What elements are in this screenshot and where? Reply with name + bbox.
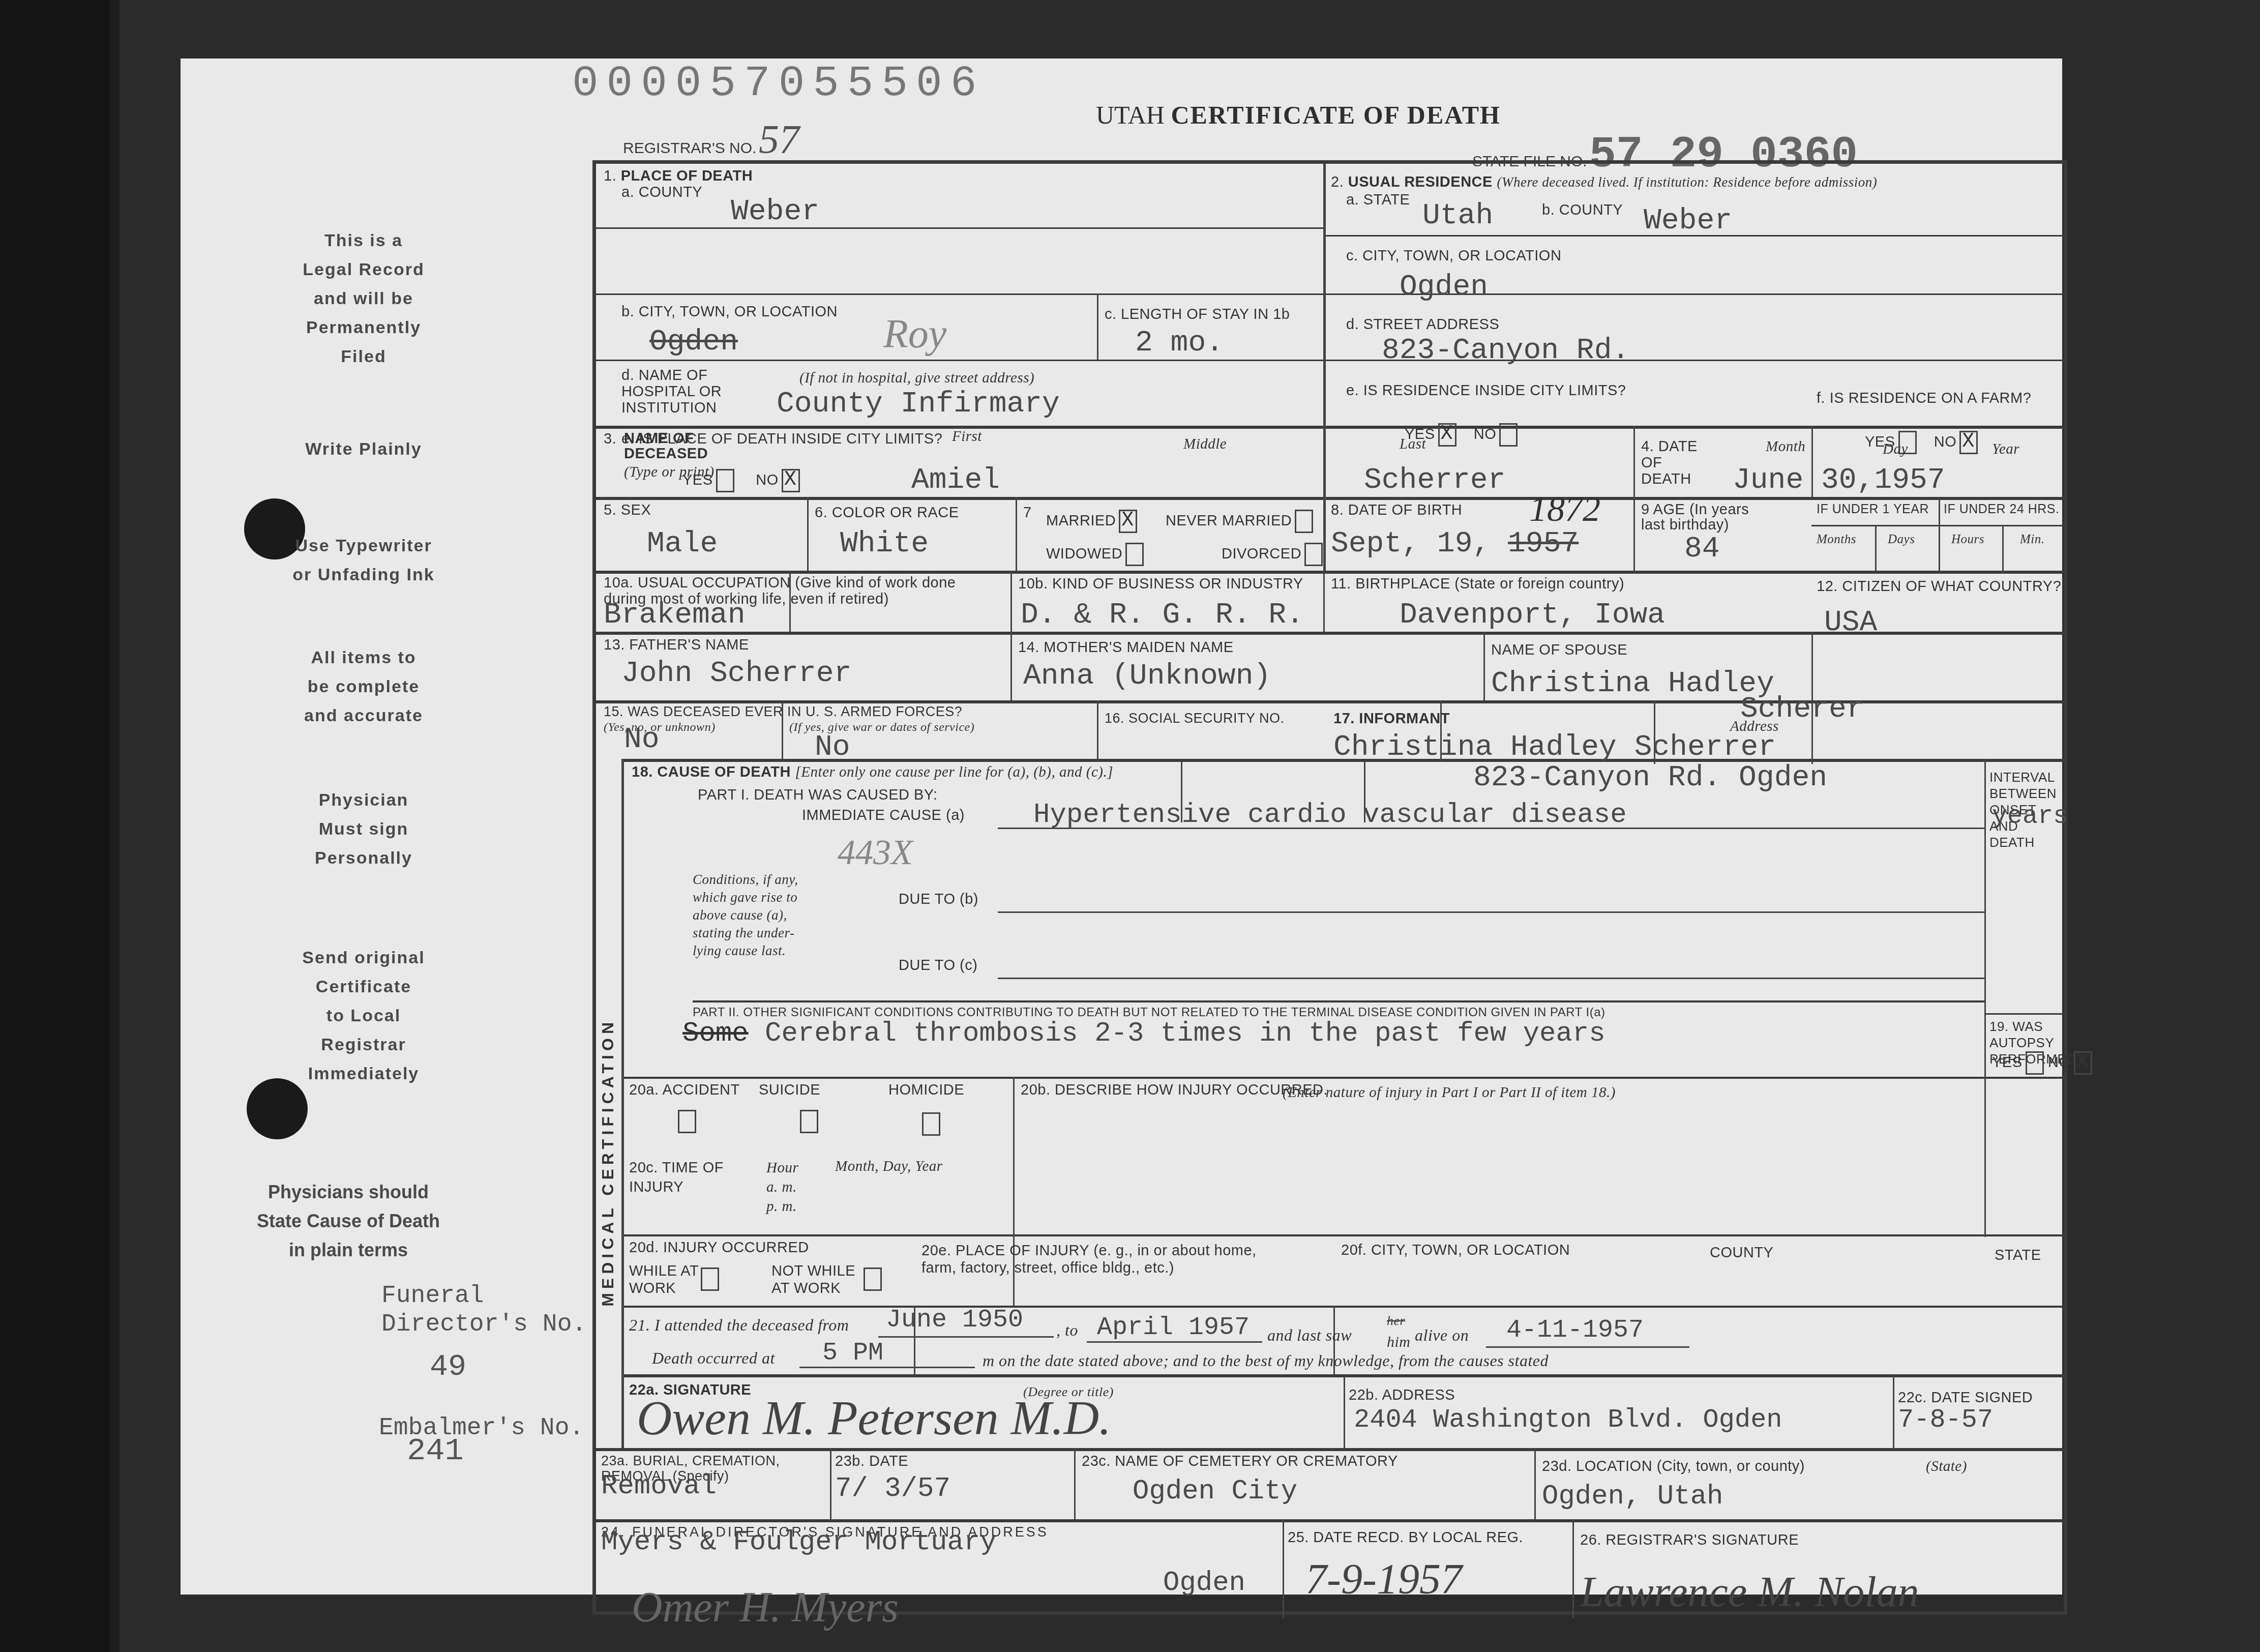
funeral-director-signature: Omer H. Myers: [632, 1583, 899, 1632]
not-while-at-work-checkbox[interactable]: NOT WHILE AT WORK: [771, 1262, 855, 1297]
cause-code: 443X: [838, 833, 913, 873]
deceased-first-name: Amiel: [911, 464, 1000, 497]
citizen-value: USA: [1824, 606, 1877, 639]
certificate-title: UTAH CERTIFICATE OF DEATH: [1096, 100, 1501, 130]
length-of-stay: 2 mo.: [1135, 327, 1224, 360]
interval-onset-death: years: [1992, 802, 2068, 831]
funeral-director-no-label: Funeral Director's No.: [381, 1282, 586, 1339]
mortuary-city: Ogden: [1163, 1568, 1245, 1599]
certificate-page: 000057055506 UTAH CERTIFICATE OF DEATH R…: [181, 58, 2062, 1595]
marital-divorced[interactable]: DIVORCED: [1222, 543, 1323, 566]
residence-county: Weber: [1644, 204, 1732, 238]
residence-street: 823-Canyon Rd.: [1382, 334, 1629, 367]
marital-married[interactable]: MARRIED: [1046, 510, 1137, 533]
residence-farm-checkbox[interactable]: YES NO: [1865, 431, 1978, 454]
while-at-work-checkbox[interactable]: WHILE AT WORK: [629, 1262, 699, 1297]
occupation-value: Brakeman: [604, 599, 745, 632]
date-of-death-value: June 30,1957: [1733, 464, 1945, 497]
scan-background-gap: [109, 0, 120, 1652]
place-of-death-county: Weber: [731, 195, 819, 228]
contributing-conditions: Some Cerebral thrombosis 2-3 times in th…: [682, 1018, 1605, 1049]
mother-maiden-name: Anna (Unknown): [1023, 660, 1271, 693]
burial-date: 7/ 3/57: [835, 1473, 950, 1504]
registrar-number: REGISTRAR'S NO. 57: [623, 117, 799, 163]
death-time: 5 PM: [822, 1339, 883, 1368]
scan-background-left: [0, 0, 109, 1652]
deceased-last-name: Scherrer: [1364, 464, 1505, 497]
immediate-cause: Hypertensive cardio vascular disease: [1033, 800, 1627, 831]
last-seen-alive: 4-11-1957: [1506, 1316, 1644, 1345]
burial-location: Ogden, Utah: [1542, 1481, 1723, 1512]
armed-forces-service: No: [815, 731, 850, 764]
margin-note-cause-plain: Physicians should State Cause of Death i…: [242, 1177, 455, 1264]
mortuary-name: Myers & Foulger Mortuary: [601, 1527, 997, 1558]
checkbox-no-checked: [1959, 431, 1978, 454]
registrar-signature-value: Lawrence M. Nolan: [1580, 1568, 1919, 1617]
embalmer-no-value: 241: [407, 1437, 464, 1465]
residence-state: Utah: [1422, 199, 1493, 232]
stamp-number: 000057055506: [572, 58, 985, 108]
sex-value: Male: [647, 527, 718, 560]
funeral-director-no-value: 49: [430, 1353, 466, 1381]
checkbox-no-checked: [782, 469, 800, 492]
homicide-checkbox[interactable]: [922, 1112, 940, 1136]
checkbox-yes: [716, 469, 734, 492]
burial-type: Removal: [601, 1471, 717, 1502]
informant-name: Christina Hadley Scherrer: [1333, 731, 1776, 764]
hospital-name: County Infirmary: [777, 388, 1060, 421]
suicide-checkbox[interactable]: [800, 1110, 818, 1133]
margin-note-complete: All items to be complete and accurate: [257, 643, 470, 730]
attended-to: April 1957: [1097, 1313, 1250, 1342]
accident-checkbox[interactable]: [678, 1110, 696, 1133]
spouse-name: Christina Hadley: [1491, 667, 1774, 700]
industry-value: D. & R. G. R. R.: [1021, 599, 1304, 632]
physician-signature: Owen M. Petersen M.D.: [637, 1390, 1111, 1446]
date-received-value: 7-9-1957: [1305, 1555, 1462, 1604]
death-certificate-form: 1. PLACE OF DEATH a. COUNTY Weber b. CIT…: [592, 160, 2067, 1615]
margin-note-physician-sign: Physician Must sign Personally: [257, 786, 470, 873]
residence-city: Ogden: [1400, 271, 1488, 304]
birth-year-handwritten: 1872: [1529, 489, 1600, 530]
margin-note-send-original: Send original Certificate to Local Regis…: [257, 943, 470, 1088]
checkbox-no: [1499, 423, 1518, 447]
medical-certification-label: MEDICAL CERTIFICATION: [599, 1018, 617, 1307]
autopsy-checkbox[interactable]: YES NO: [1992, 1051, 2092, 1075]
age-value: 84: [1684, 533, 1720, 566]
date-of-birth-typed: Sept, 19, 1957: [1331, 527, 1579, 560]
physician-address: 2404 Washington Blvd. Ogden: [1354, 1405, 1782, 1435]
informant-address: 823-Canyon Rd. Ogden: [1473, 761, 1827, 794]
marital-widowed[interactable]: WIDOWED: [1046, 543, 1144, 566]
place-of-death-city-handwritten: Roy: [883, 311, 946, 358]
race-value: White: [840, 527, 929, 560]
date-signed: 7-8-57: [1898, 1405, 1993, 1435]
margin-note-legal-record: This is a Legal Record and will be Perma…: [257, 226, 470, 371]
margin-note-write-plainly: Write Plainly: [257, 435, 470, 464]
armed-forces-value: No: [624, 723, 660, 756]
margin-note-typewriter: Use Typewriter or Unfading Ink: [257, 532, 470, 589]
attended-from: June 1950: [886, 1306, 1023, 1335]
cemetery-name: Ogden City: [1133, 1476, 1297, 1507]
father-name: John Scherrer: [621, 657, 851, 690]
place-of-death-city-struck: Ogden: [649, 326, 738, 359]
marital-never-married[interactable]: NEVER MARRIED: [1166, 510, 1313, 533]
checkbox-yes-checked: [1438, 423, 1456, 447]
birthplace-value: Davenport, Iowa: [1400, 599, 1665, 632]
